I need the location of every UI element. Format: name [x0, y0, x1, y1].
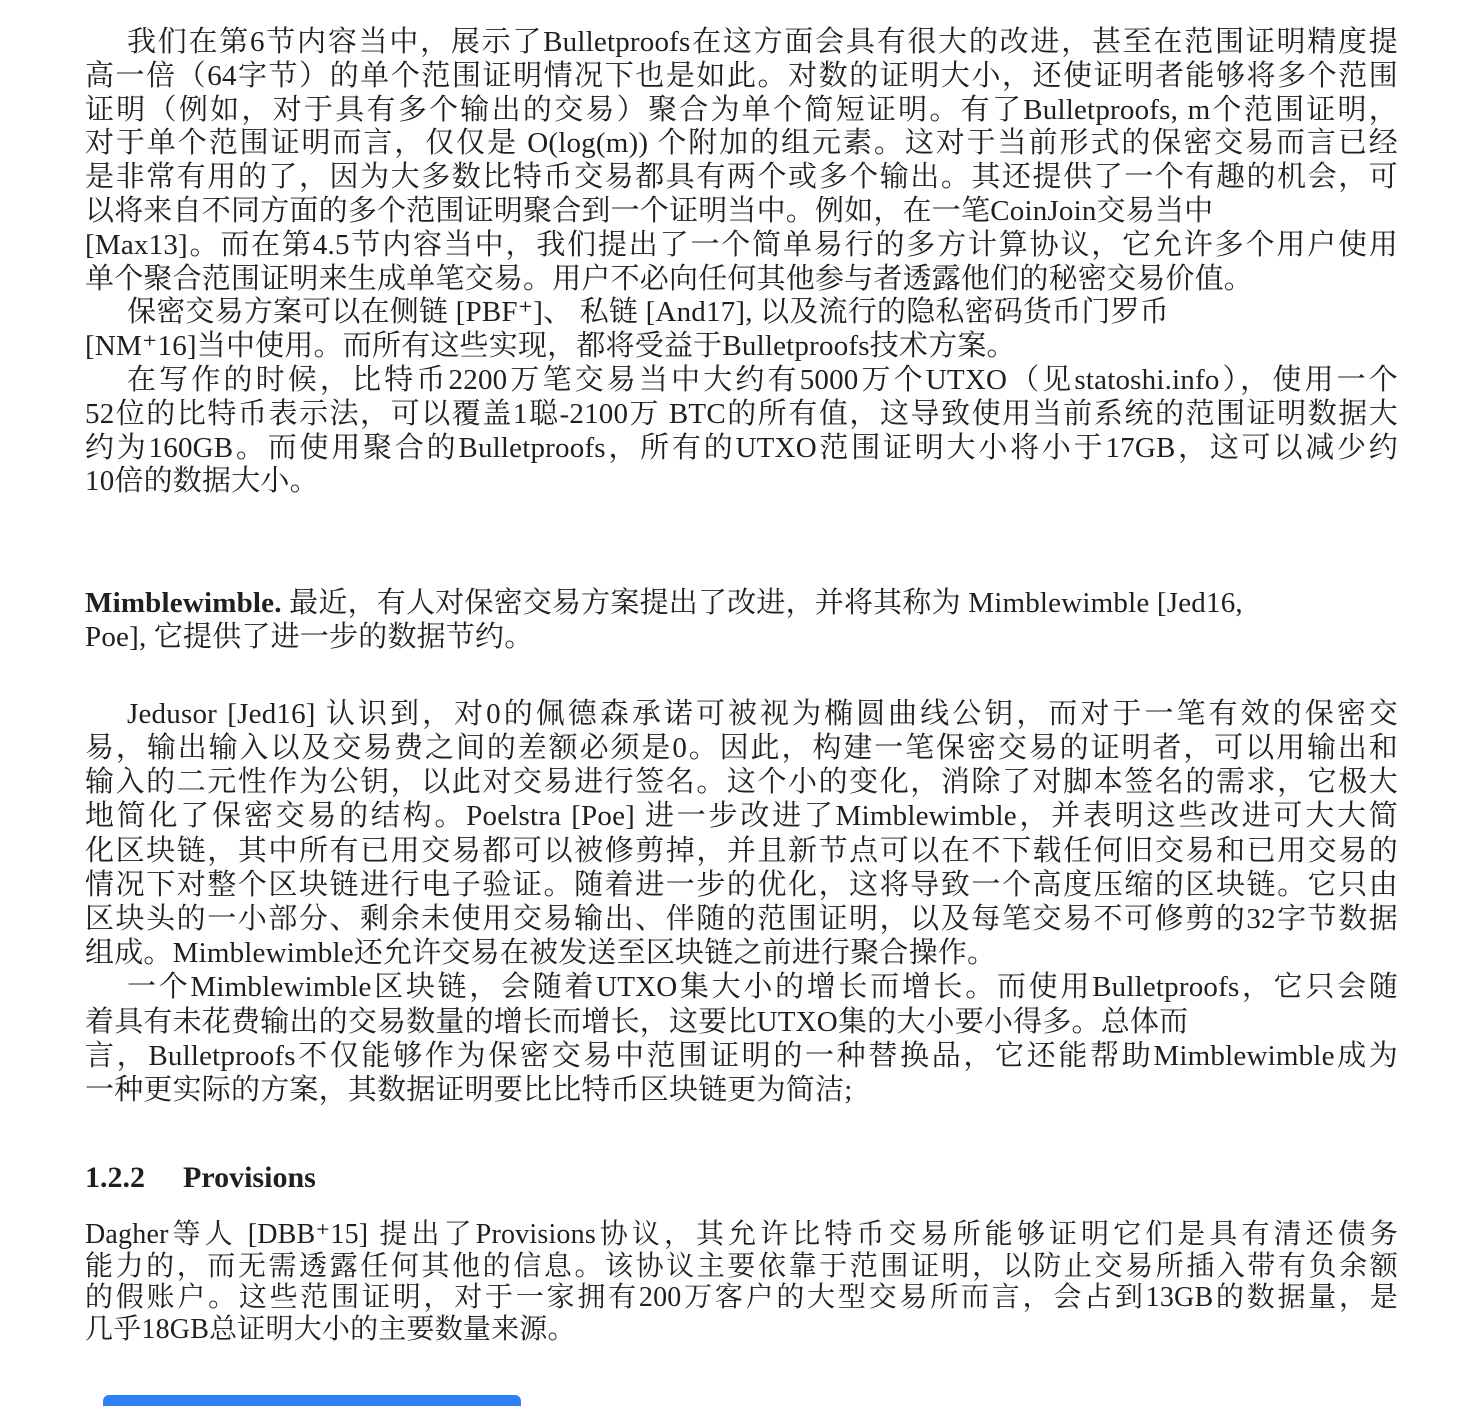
text-line: 对于单个范围证明而言，仅仅是 O(log(m)) 个附加的组元素。这对于当前形式…: [85, 127, 1398, 161]
section-title: Provisions: [183, 1161, 316, 1194]
mimblewimble-run-in-heading: Mimblewimble.: [85, 587, 282, 619]
text-line: 几乎18GB总证明大小的主要数量来源。: [85, 1314, 1398, 1346]
text-line: Poe], 它提供了进一步的数据节约。: [85, 621, 1398, 655]
text-line: 保密交易方案可以在侧链 [PBF⁺]、 私链 [And17], 以及流行的隐私密…: [85, 296, 1398, 330]
paragraph-confidential-tx-schemes: 保密交易方案可以在侧链 [PBF⁺]、 私链 [And17], 以及流行的隐私密…: [85, 296, 1398, 364]
paragraph-bulletproofs-improvement: 我们在第6节内容当中，展示了Bulletproofs在这方面会具有很大的改进，甚…: [85, 26, 1398, 296]
text-line: 52位的比特币表示法，可以覆盖1聪-2100万 BTC的所有值，这导致使用当前系…: [85, 398, 1398, 432]
paragraph-mimblewimble-blockchain: 一个Mimblewimble区块链，会随着UTXO集大小的增长而增长。而使用Bu…: [85, 970, 1398, 1107]
section-heading-provisions: 1.2.2Provisions: [85, 1162, 1398, 1194]
progress-bar[interactable]: [103, 1395, 521, 1406]
text-line: 在写作的时候，比特币2200万笔交易当中大约有5000万个UTXO（见stato…: [85, 364, 1398, 398]
text-line: 一种更实际的方案，其数据证明要比比特币区块链更为简洁;: [85, 1073, 1398, 1107]
text-line: 高一倍（64字节）的单个范围证明情况下也是如此。对数的证明大小，还使证明者能够将…: [85, 60, 1398, 94]
text-line: 区块头的一小部分、剩余未使用交易输出、伴随的范围证明，以及每笔交易不可修剪的32…: [85, 902, 1398, 936]
text-line: 能力的，而无需透露任何其他的信息。该协议主要依靠于范围证明，以防止交易所插入带有…: [85, 1251, 1398, 1283]
text-line: 易，输出输入以及交易费之间的差额必须是0。因此，构建一笔保密交易的证明者，可以用…: [85, 731, 1398, 765]
text-line: 化区块链，其中所有已用交易都可以被修剪掉，并且新节点可以在不下载任何旧交易和已用…: [85, 834, 1398, 868]
text-line: Dagher等人 [DBB⁺15] 提出了Provisions协议，其允许比特币…: [85, 1219, 1398, 1251]
text-line: 的假账户。这些范围证明，对于一家拥有200万客户的大型交易所而言，会占到13GB…: [85, 1282, 1398, 1314]
text-line: [NM⁺16]当中使用。而所有这些实现，都将受益于Bulletproofs技术方…: [85, 330, 1398, 364]
text-line: 约为160GB。而使用聚合的Bulletproofs，所有的UTXO范围证明大小…: [85, 432, 1398, 466]
text-line: 10倍的数据大小。: [85, 465, 1398, 499]
text-line: 情况下对整个区块链进行电子验证。随着进一步的优化，这将导致一个高度压缩的区块链。…: [85, 868, 1398, 902]
text-line: 地简化了保密交易的结构。Poelstra [Poe] 进一步改进了Mimblew…: [85, 799, 1398, 833]
text-line: 以将来自不同方面的多个范围证明聚合到一个证明当中。例如，在一笔CoinJoin交…: [85, 195, 1398, 229]
document-page: 我们在第6节内容当中，展示了Bulletproofs在这方面会具有很大的改进，甚…: [85, 26, 1398, 1345]
paragraph-utxo-sizes: 在写作的时候，比特币2200万笔交易当中大约有5000万个UTXO（见stato…: [85, 364, 1398, 499]
paragraph-provisions: Dagher等人 [DBB⁺15] 提出了Provisions协议，其允许比特币…: [85, 1219, 1398, 1345]
text-line: 单个聚合范围证明来生成单笔交易。用户不必向任何其他参与者透露他们的秘密交易价值。: [85, 263, 1398, 297]
text-line: 着具有未花费输出的交易数量的增长而增长，这要比UTXO集的大小要小得多。总体而: [85, 1005, 1398, 1039]
text-line: 言，Bulletproofs不仅能够作为保密交易中范围证明的一种替换品，它还能帮…: [85, 1039, 1398, 1073]
paragraph-mimblewimble-intro: Mimblewimble. 最近，有人对保密交易方案提出了改进，并将其称为 Mi…: [85, 587, 1398, 655]
text-line: 是非常有用的了，因为大多数比特币交易都具有两个或多个输出。其还提供了一个有趣的机…: [85, 161, 1398, 195]
text-run: 最近，有人对保密交易方案提出了改进，并将其称为 Mimblewimble [Je…: [282, 587, 1243, 619]
text-line: 组成。Mimblewimble还允许交易在被发送至区块链之前进行聚合操作。: [85, 936, 1398, 970]
text-line: 输入的二元性作为公钥，以此对交易进行签名。这个小的变化，消除了对脚本签名的需求，…: [85, 765, 1398, 799]
text-line: Mimblewimble. 最近，有人对保密交易方案提出了改进，并将其称为 Mi…: [85, 587, 1398, 621]
section-number: 1.2.2: [85, 1161, 145, 1194]
text-line: Jedusor [Jed16] 认识到，对0的佩德森承诺可被视为椭圆曲线公钥，而…: [85, 697, 1398, 731]
paragraph-jedusor: Jedusor [Jed16] 认识到，对0的佩德森承诺可被视为椭圆曲线公钥，而…: [85, 697, 1398, 971]
text-line: 证明（例如，对于具有多个输出的交易）聚合为单个简短证明。有了Bulletproo…: [85, 94, 1398, 128]
text-line: 我们在第6节内容当中，展示了Bulletproofs在这方面会具有很大的改进，甚…: [85, 26, 1398, 60]
text-line: 一个Mimblewimble区块链，会随着UTXO集大小的增长而增长。而使用Bu…: [85, 970, 1398, 1004]
text-line: [Max13]。而在第4.5节内容当中，我们提出了一个简单易行的多方计算协议，它…: [85, 229, 1398, 263]
